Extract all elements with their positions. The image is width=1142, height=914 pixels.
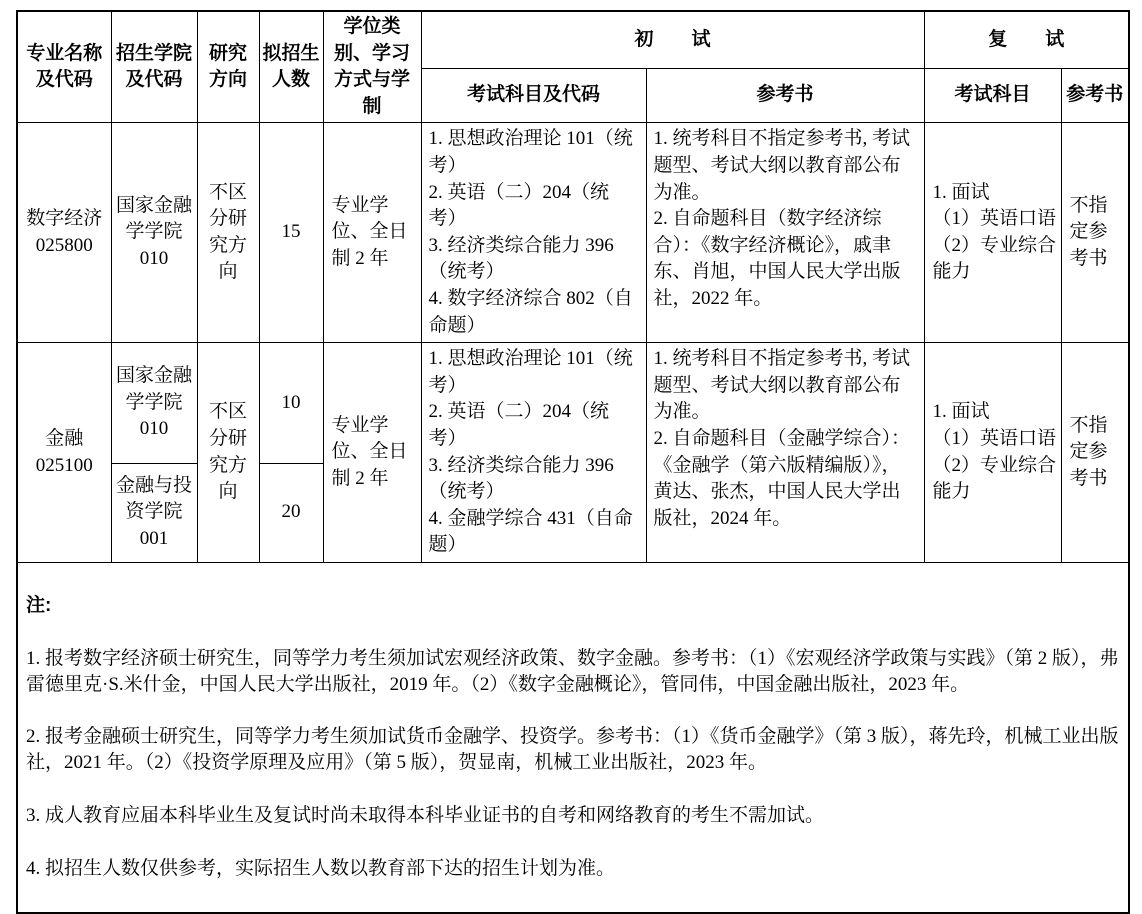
cell-first-exam-subjects: 1. 思想政治理论 101（统考） 2. 英语（二）204（统考） 3. 经济类… (421, 123, 646, 343)
header-enrollment: 拟招生人数 (259, 11, 323, 123)
header-college: 招生学院及代码 (111, 11, 197, 123)
header-degree: 学位类别、学习方式与学制 (323, 11, 421, 123)
cell-second-exam-subjects: 1. 面试 （1）英语口语 （2）专业综合能力 (924, 123, 1061, 343)
cell-major: 金融 025100 (17, 343, 111, 563)
row-digital-economy: 数字经济 025800 国家金融学学院 010 不区分研究方向 15 专业学位、… (17, 123, 1129, 343)
header-second-exam-group: 复 试 (924, 11, 1129, 68)
note-item-1: 1. 报考数字经济硕士研究生，同等学力考生须加试宏观经济政策、数字金融。参考书：… (26, 646, 1120, 698)
header-second-exam-subjects: 考试科目 (924, 68, 1061, 123)
cell-first-exam-subjects: 1. 思想政治理论 101（统考） 2. 英语（二）204（统考） 3. 经济类… (421, 343, 646, 563)
row-finance-a: 金融 025100 国家金融学学院 010 不区分研究方向 10 专业学位、全日… (17, 343, 1129, 464)
header-first-exam-refs: 参考书 (646, 68, 924, 123)
header-first-exam-subjects: 考试科目及代码 (421, 68, 646, 123)
header-second-exam-refs: 参考书 (1061, 68, 1129, 123)
admissions-page: 专业名称及代码 招生学院及代码 研究方向 拟招生人数 学位类别、学习方式与学制 … (0, 0, 1142, 625)
header-major: 专业名称及代码 (17, 11, 111, 123)
notes-section: 注: 1. 报考数字经济硕士研究生，同等学力考生须加试宏观经济政策、数字金融。参… (17, 562, 1129, 913)
cell-college-b: 金融与投资学院 001 (111, 463, 197, 562)
cell-enrollment-a: 10 (259, 343, 323, 464)
cell-first-exam-refs: 1. 统考科目不指定参考书, 考试题型、考试大纲以教育部公布为准。 2. 自命题… (646, 343, 924, 563)
cell-first-exam-refs: 1. 统考科目不指定参考书, 考试题型、考试大纲以教育部公布为准。 2. 自命题… (646, 123, 924, 343)
note-item-4: 4. 拟招生人数仅供参考，实际招生人数以教育部下达的招生计划为准。 (26, 856, 1120, 882)
cell-direction: 不区分研究方向 (197, 123, 259, 343)
cell-degree: 专业学位、全日制 2 年 (323, 343, 421, 563)
header-row-groups: 专业名称及代码 招生学院及代码 研究方向 拟招生人数 学位类别、学习方式与学制 … (17, 11, 1129, 68)
note-item-3: 3. 成人教育应届本科毕业生及复试时尚未取得本科毕业证书的自考和网络教育的考生不… (26, 803, 1120, 829)
cell-enrollment: 15 (259, 123, 323, 343)
cell-major: 数字经济 025800 (17, 123, 111, 343)
header-direction: 研究方向 (197, 11, 259, 123)
header-first-exam-group: 初 试 (421, 11, 924, 68)
note-item-2: 2. 报考金融硕士研究生，同等学力考生须加试货币金融学、投资学。参考书：（1）《… (26, 724, 1120, 776)
cell-degree: 专业学位、全日制 2 年 (323, 123, 421, 343)
admissions-table: 专业名称及代码 招生学院及代码 研究方向 拟招生人数 学位类别、学习方式与学制 … (16, 10, 1130, 914)
notes-row: 注: 1. 报考数字经济硕士研究生，同等学力考生须加试宏观经济政策、数字金融。参… (17, 562, 1129, 913)
cell-college-a: 国家金融学学院 010 (111, 343, 197, 464)
cell-second-exam-refs: 不指定参考书 (1061, 123, 1129, 343)
cell-second-exam-subjects: 1. 面试 （1）英语口语 （2）专业综合能力 (924, 343, 1061, 563)
cell-college: 国家金融学学院 010 (111, 123, 197, 343)
cell-direction: 不区分研究方向 (197, 343, 259, 563)
cell-second-exam-refs: 不指定参考书 (1061, 343, 1129, 563)
notes-label: 注: (26, 593, 1120, 619)
cell-enrollment-b: 20 (259, 463, 323, 562)
